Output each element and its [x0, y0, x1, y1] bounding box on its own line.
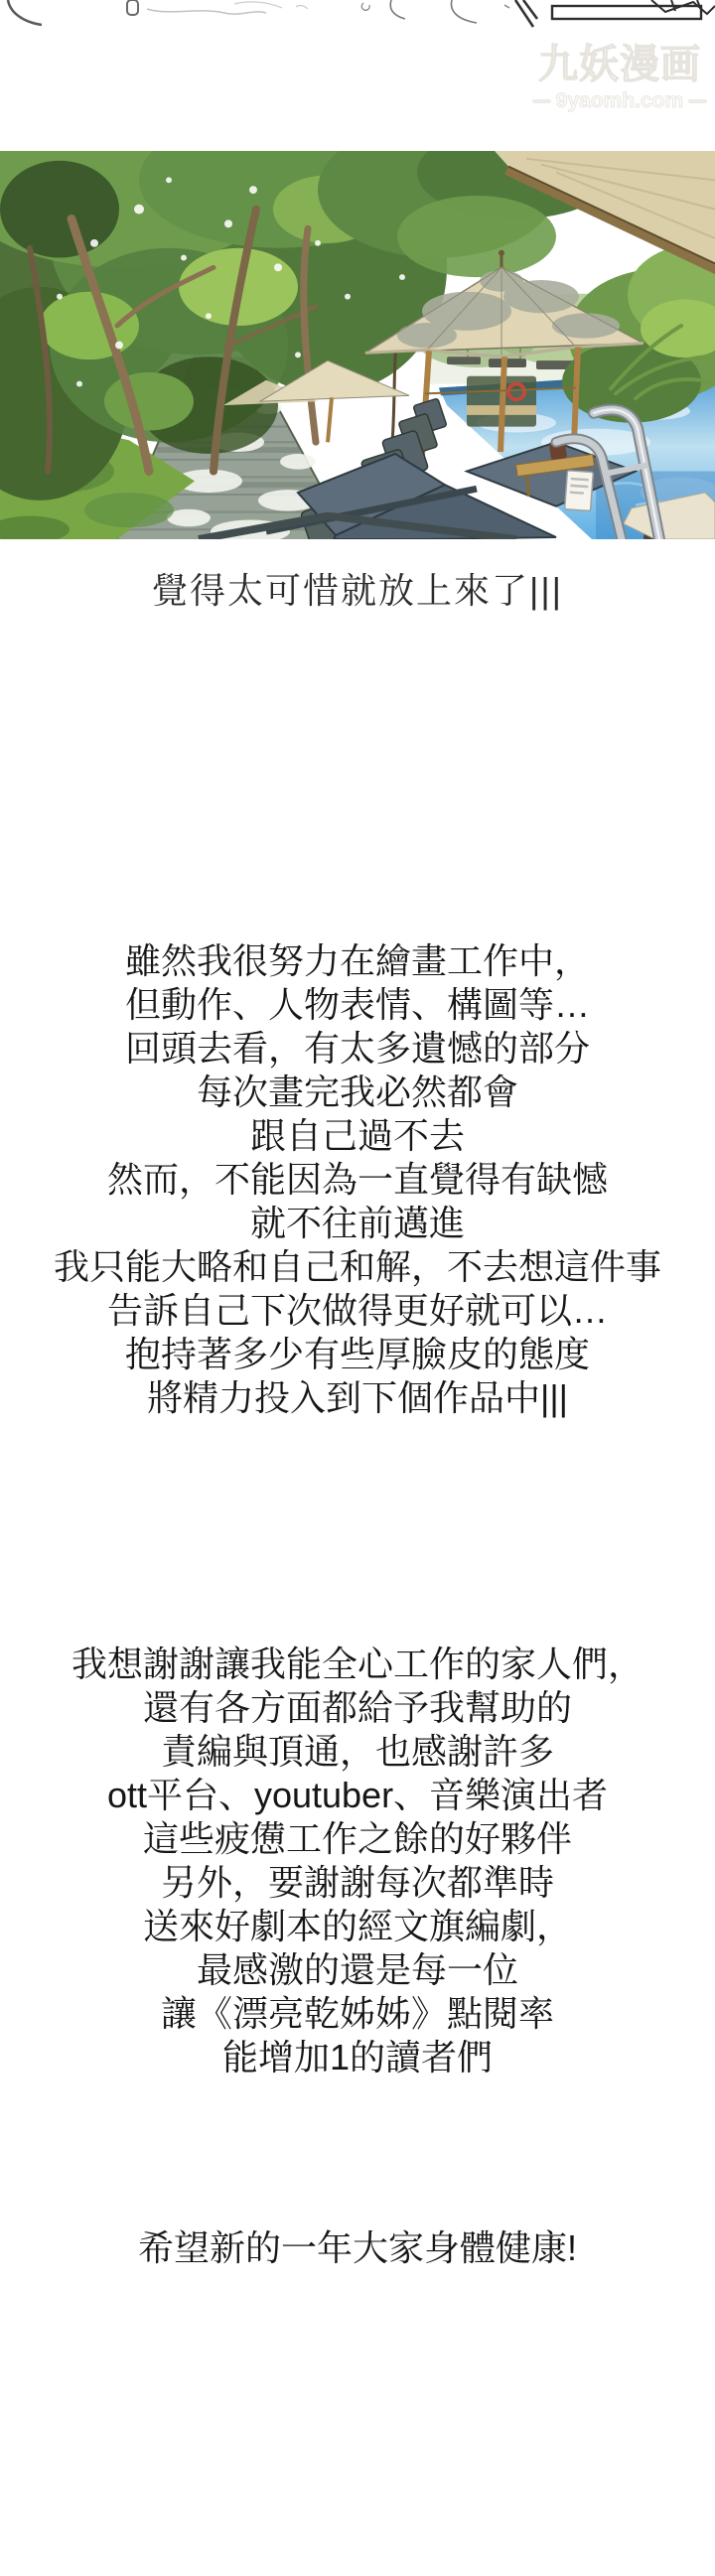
text-line: 我只能大略和自己和解，不去想這件事: [0, 1245, 715, 1289]
poolside-illustration: [0, 151, 715, 539]
watermark-brand: 九妖漫画: [532, 42, 707, 87]
text-line: 跟自己過不去: [0, 1114, 715, 1158]
watermark-dash-left: [532, 99, 551, 103]
text-line: 這些疲憊工作之餘的好夥伴: [0, 1817, 715, 1861]
text-line: 送來好劇本的經文旗編劇，: [0, 1905, 715, 1948]
watermark-dash-right: [688, 99, 707, 103]
watermark-site: 9yaomh.com: [532, 89, 707, 113]
text-line: 然而，不能因為一直覺得有缺憾: [0, 1158, 715, 1202]
text-line: ott平台、youtuber、音樂演出者: [0, 1774, 715, 1817]
text-line: 告訴自己下次做得更好就可以…: [0, 1289, 715, 1333]
site-watermark: 九妖漫画 9yaomh.com: [532, 42, 707, 113]
text-line: 還有各方面都給予我幫助的: [0, 1686, 715, 1730]
webtoon-afterword-page: 九妖漫画 9yaomh.com: [0, 0, 715, 2576]
sketch-lines-art: [0, 0, 715, 34]
pool-sign: [565, 471, 594, 511]
afterword-paragraph-2: 我想謝謝讓我能全心工作的家人們， 還有各方面都給予我幫助的 責編與頂通，也感謝許…: [0, 1643, 715, 2079]
closing-wish: 希望新的一年大家身體健康!: [0, 2226, 715, 2270]
text-line: 但動作、人物表情、構圖等…: [0, 983, 715, 1027]
watermark-site-text: 9yaomh.com: [556, 89, 683, 113]
text-line: 抱持著多少有些厚臉皮的態度: [0, 1333, 715, 1376]
text-line: 另外，要謝謝每次都準時: [0, 1861, 715, 1905]
text-line: 我想謝謝讓我能全心工作的家人們，: [0, 1643, 715, 1686]
text-line: 回頭去看，有太多遺憾的部分: [0, 1027, 715, 1071]
picture-caption: 覺得太可惜就放上來了|||: [0, 568, 715, 614]
text-line: 將精力投入到下個作品中|||: [0, 1376, 715, 1420]
text-line: 能增加1的讀者們: [0, 2036, 715, 2079]
text-line: 每次畫完我必然都會: [0, 1071, 715, 1114]
afterword-paragraph-1: 雖然我很努力在繪畫工作中， 但動作、人物表情、構圖等… 回頭去看，有太多遺憾的部…: [0, 939, 715, 1420]
text-line: 雖然我很努力在繪畫工作中，: [0, 939, 715, 983]
previous-panel-art: [0, 0, 715, 34]
text-line: 責編與頂通，也感謝許多: [0, 1730, 715, 1774]
text-line: 最感激的還是每一位: [0, 1948, 715, 1992]
text-line: 讓《漂亮乾姊姊》點閱率: [0, 1992, 715, 2036]
text-line: 就不往前邁進: [0, 1202, 715, 1245]
poolside-illustration-art: [0, 151, 715, 539]
